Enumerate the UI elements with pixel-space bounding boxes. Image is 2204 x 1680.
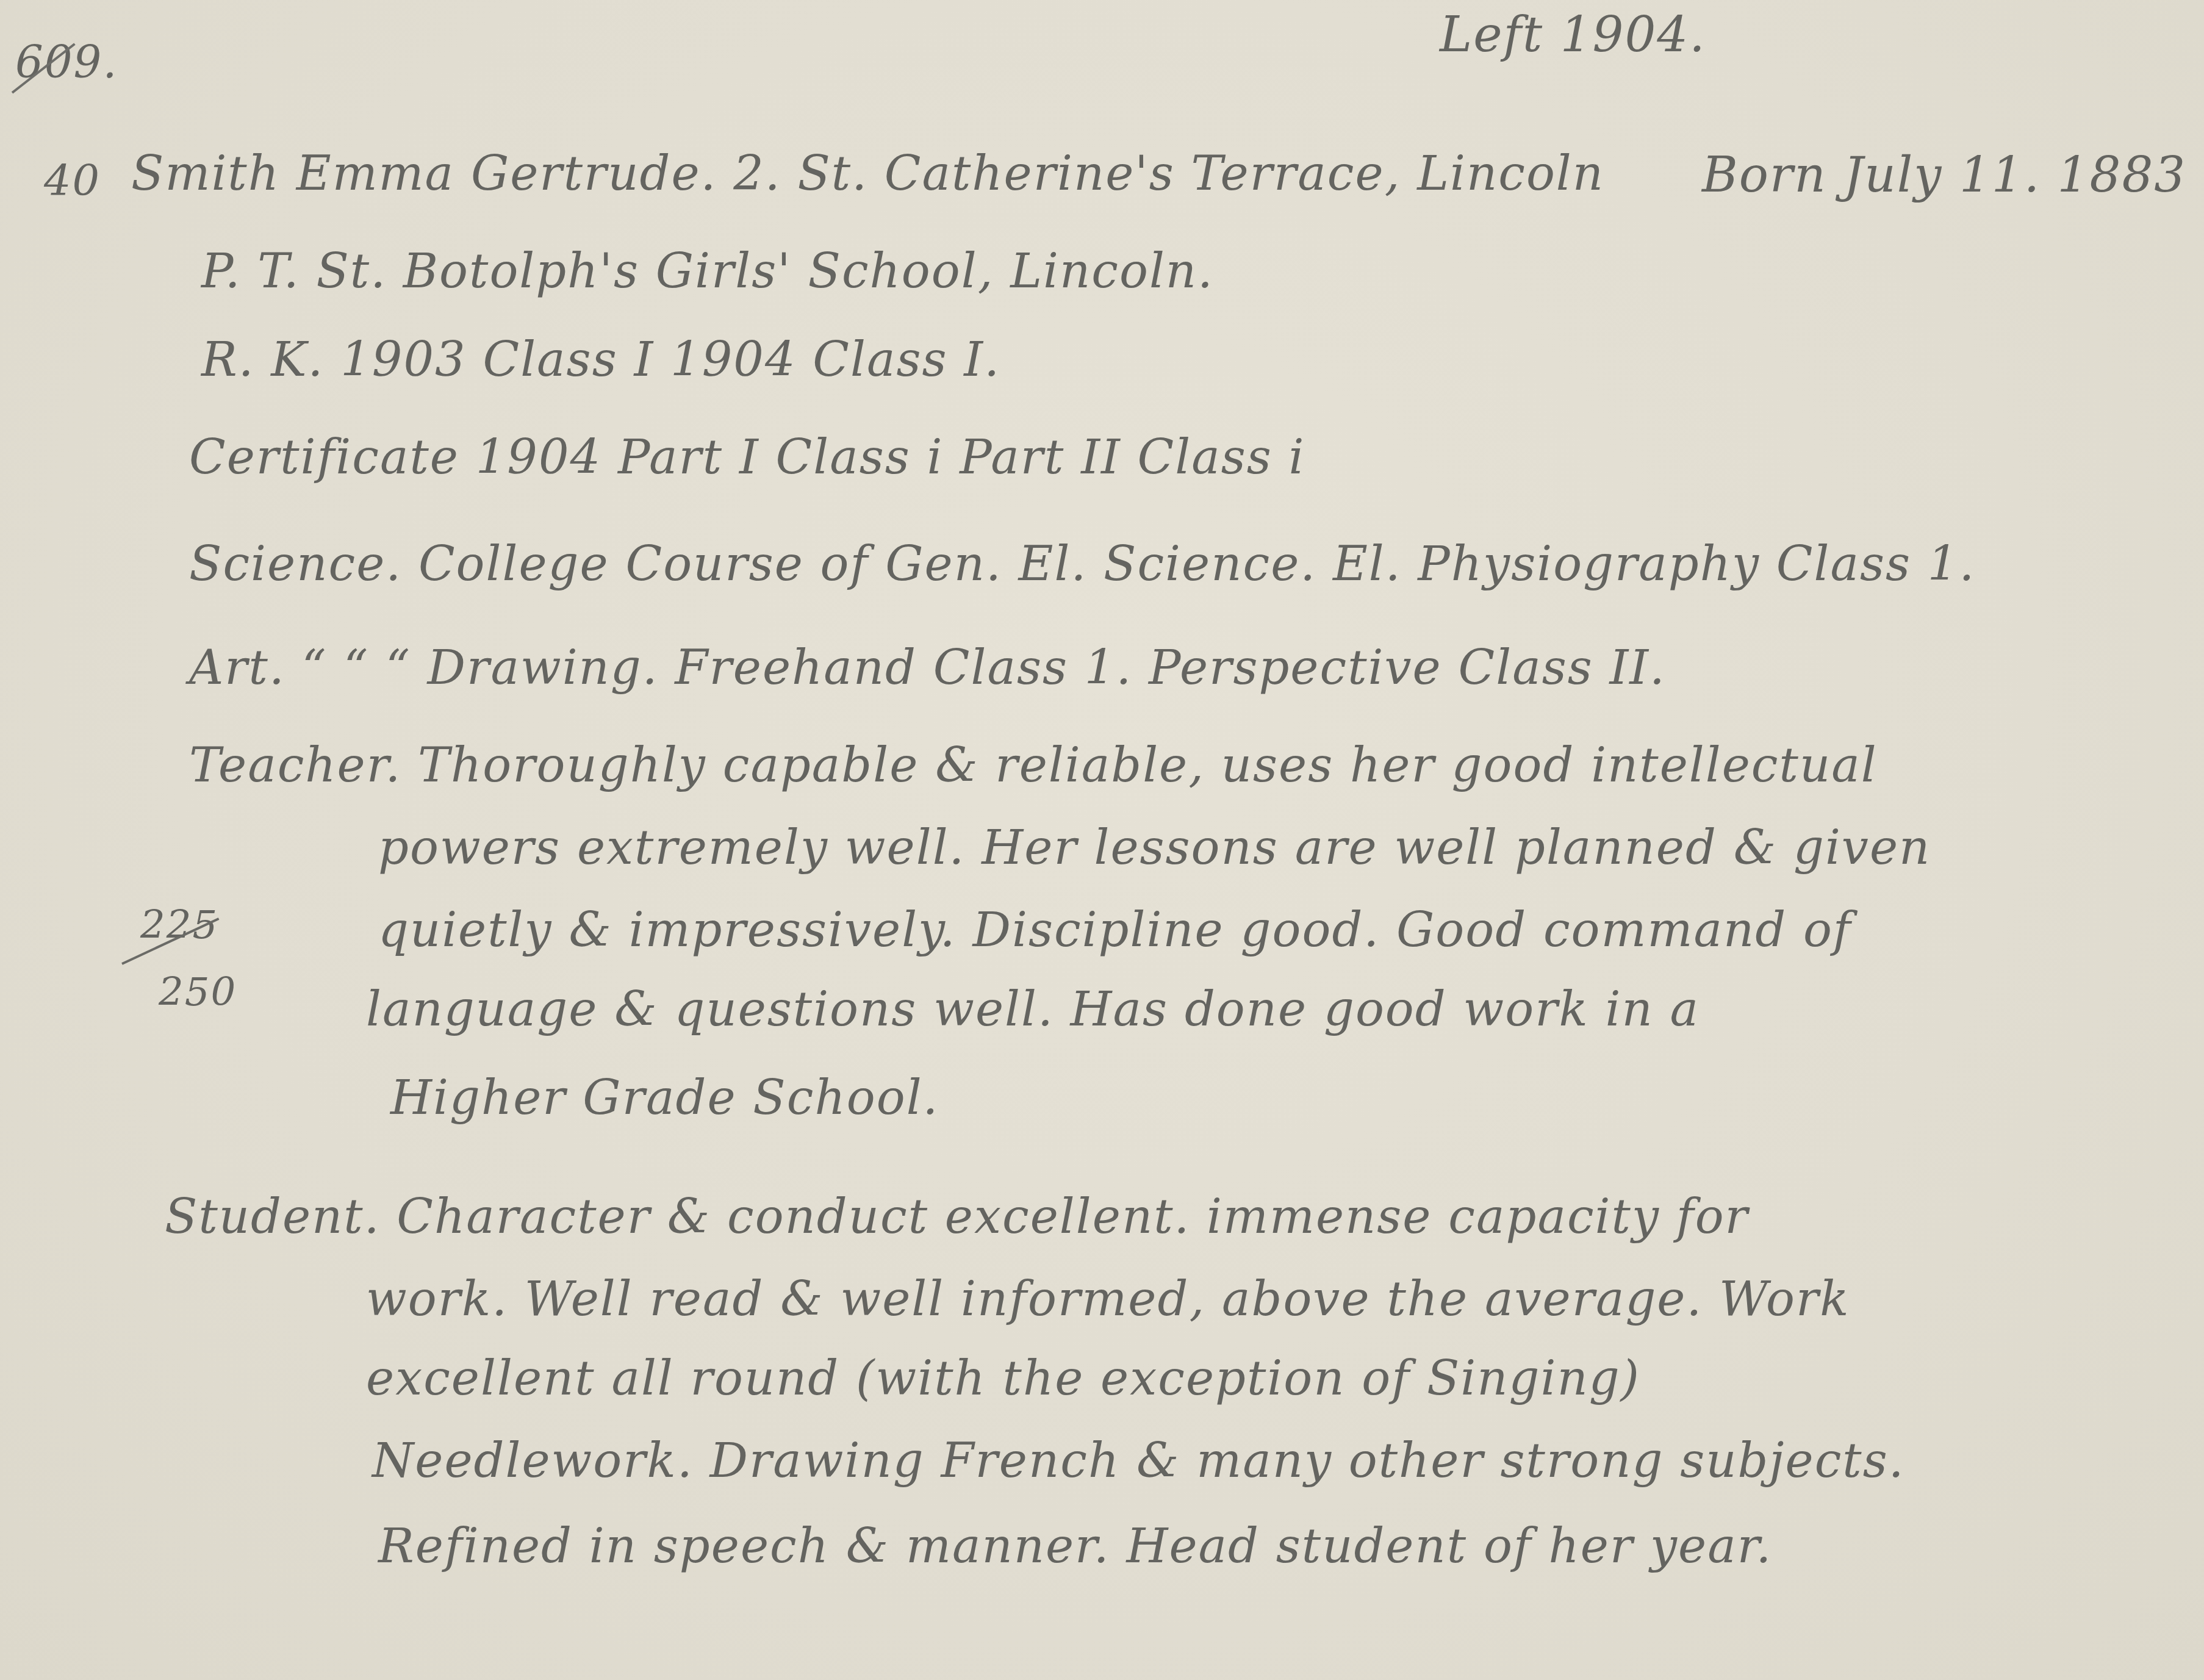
teacher-report-line-4: language & questions well. Has done good… [366,982,1700,1037]
folio-number: 609. [15,37,118,88]
mark-denominator: 250 [159,970,237,1015]
science-line: Science. College Course of Gen. El. Scie… [189,537,1975,592]
birth-date: Born July 11. 1883 [1702,146,2186,203]
pupil-teacher-line: P. T. St. Botolph's Girls' School, Linco… [201,244,1214,299]
archive-page: 609. Left 1904. 40 Smith Emma Gertrude. … [0,0,2204,1680]
certificate-line: Certificate 1904 Part I Class i Part II … [189,430,1305,485]
teaching-mark-fraction: 225 250 [122,891,262,1025]
teacher-report-line-5: Higher Grade School. [390,1071,939,1125]
teacher-report-line-1: Teacher. Thoroughly capable & reliable, … [189,738,1878,793]
student-report-line-4: Needlework. Drawing French & many other … [372,1434,1905,1488]
art-line: Art. “ “ “ Drawing. Freehand Class 1. Pe… [189,641,1666,695]
entry-number: 40 [44,156,101,206]
student-report-line-2: work. Well read & well informed, above t… [366,1272,1850,1327]
left-year-note: Left 1904. [1440,6,1706,63]
student-report-line-3: excellent all round (with the exception … [366,1351,1640,1406]
student-report-line-5: Refined in speech & manner. Head student… [378,1519,1772,1574]
student-report-line-1: Student. Character & conduct excellent. … [165,1190,1749,1244]
name-address-line: Smith Emma Gertrude. 2. St. Catherine's … [131,146,1604,201]
king-scholarship-line: R. K. 1903 Class I 1904 Class I. [201,332,1000,387]
teacher-report-line-2: powers extremely well. Her lessons are w… [378,820,1931,875]
teacher-report-line-3: quietly & impressively. Discipline good.… [378,903,1852,958]
